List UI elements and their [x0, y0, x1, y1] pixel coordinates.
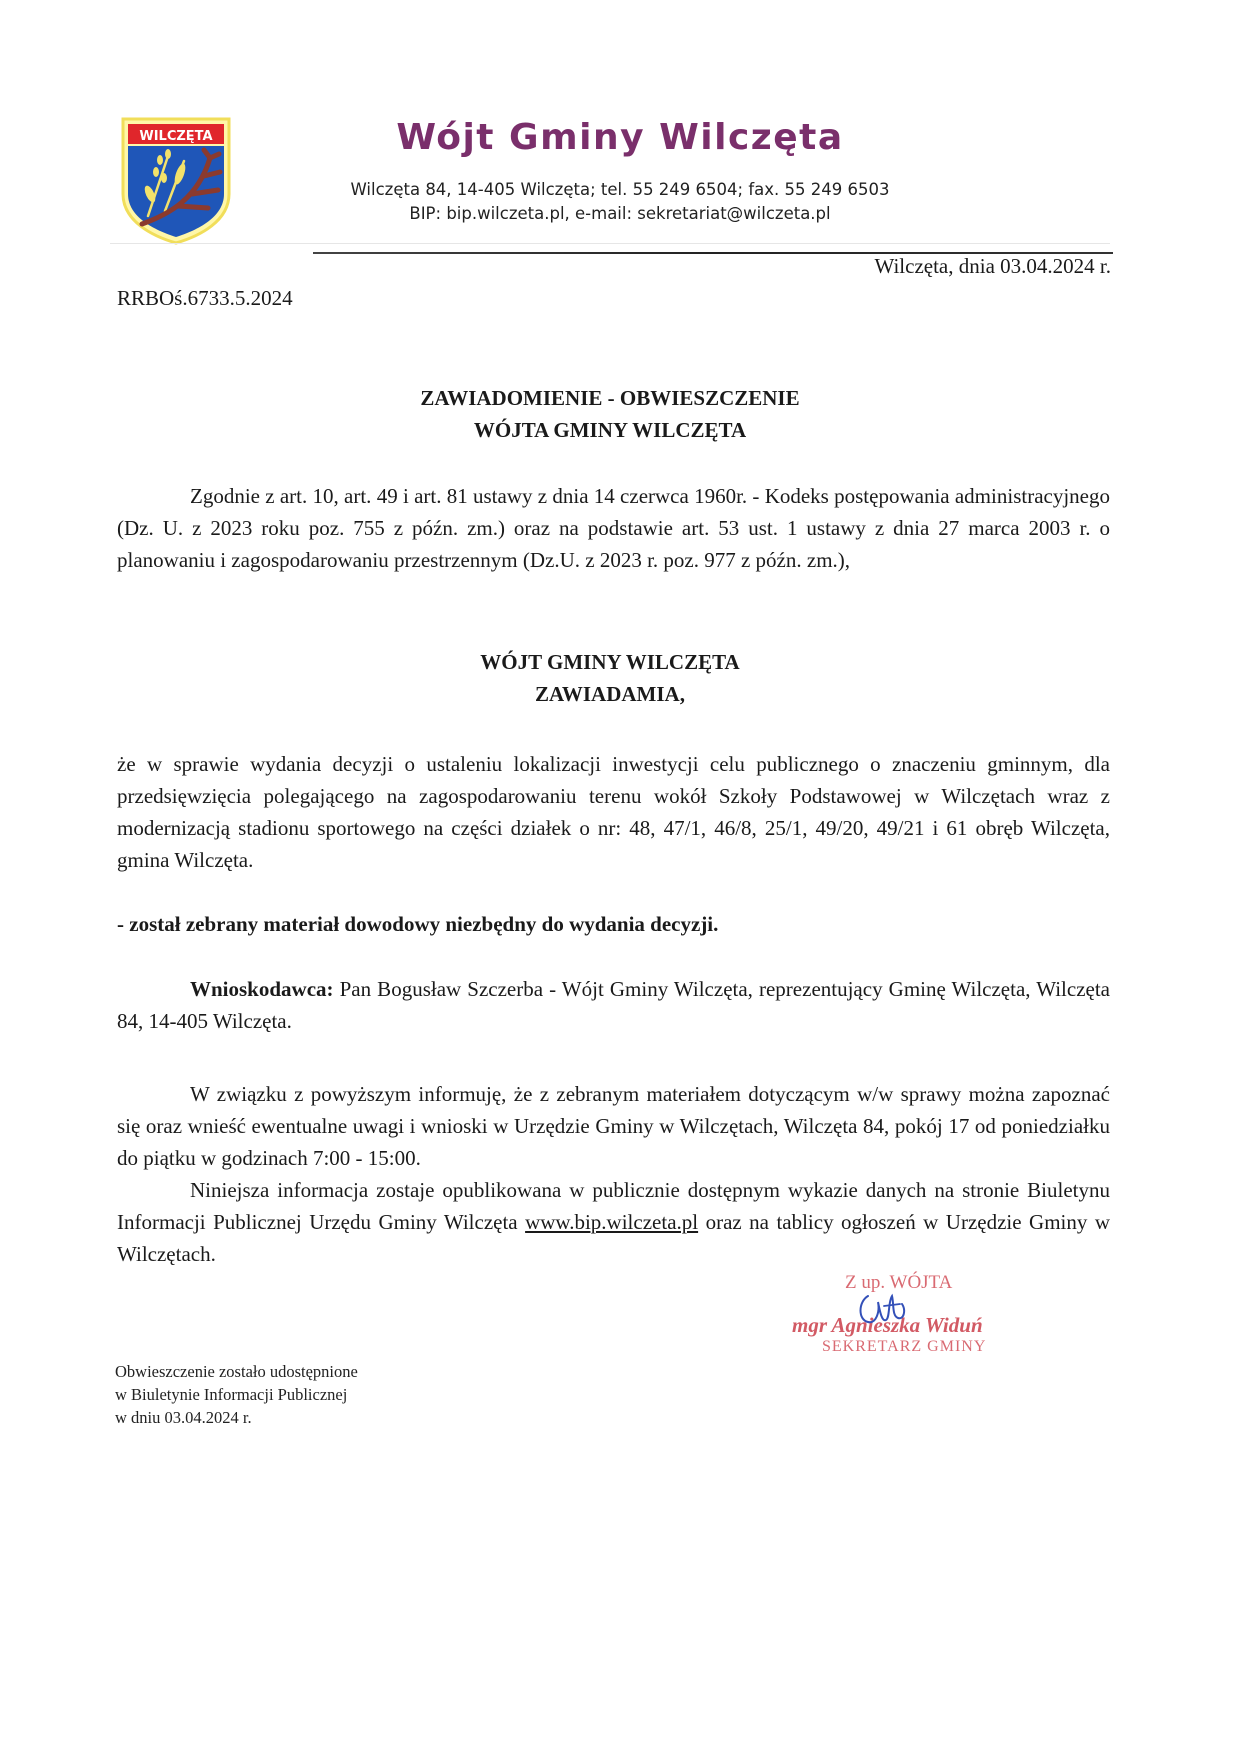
applicant-label: Wnioskodawca: — [190, 977, 334, 1001]
crest-label: WILCZĘTA — [139, 129, 212, 144]
announcement-line-2: ZAWIADAMIA, — [110, 678, 1110, 710]
case-number: RRBOś.6733.5.2024 — [117, 286, 293, 311]
notice-body-paragraph: że w sprawie wydania decyzji o ustaleniu… — [117, 748, 1110, 876]
title-line-1: ZAWIADOMIENIE - OBWIESZCZENIE — [110, 382, 1110, 414]
footer-note-line-2: w Biuletynie Informacji Publicznej — [115, 1383, 358, 1406]
footer-note-line-1: Obwieszczenie zostało udostępnione — [115, 1360, 358, 1383]
stamp-signatory-role: SEKRETARZ GMINY — [822, 1338, 986, 1356]
consultation-info-paragraph: W związku z powyższym informuję, że z ze… — [117, 1078, 1110, 1174]
announcement-heading: WÓJT GMINY WILCZĘTA ZAWIADAMIA, — [110, 646, 1110, 710]
coat-of-arms-logo: WILCZĘTA — [120, 116, 232, 246]
bip-email-line: BIP: bip.wilczeta.pl, e-mail: sekretaria… — [300, 202, 940, 226]
publication-info-paragraph: Niniejsza informacja zostaje opublikowan… — [117, 1174, 1110, 1270]
handwritten-signature — [850, 1282, 920, 1332]
applicant-paragraph: Wnioskodawca: Pan Bogusław Szczerba - Wó… — [117, 973, 1110, 1037]
announcement-line-1: WÓJT GMINY WILCZĘTA — [110, 646, 1110, 678]
header-divider-faint — [110, 243, 1110, 244]
bip-link[interactable]: www.bip.wilczeta.pl — [525, 1210, 698, 1234]
document-title: ZAWIADOMIENIE - OBWIESZCZENIE WÓJTA GMIN… — [110, 382, 1110, 446]
organization-title: Wójt Gminy Wilczęta — [300, 117, 940, 158]
footer-note-line-3: w dniu 03.04.2024 r. — [115, 1406, 358, 1429]
evidence-statement: - został zebrany materiał dowodowy niezb… — [117, 908, 1110, 940]
organization-contact: Wilczęta 84, 14-405 Wilczęta; tel. 55 24… — [300, 178, 940, 226]
document-date: Wilczęta, dnia 03.04.2024 r. — [874, 254, 1111, 279]
bip-publication-note: Obwieszczenie zostało udostępnione w Biu… — [115, 1360, 358, 1429]
address-line: Wilczęta 84, 14-405 Wilczęta; tel. 55 24… — [300, 178, 940, 202]
legal-basis-paragraph: Zgodnie z art. 10, art. 49 i art. 81 ust… — [117, 480, 1110, 576]
title-line-2: WÓJTA GMINY WILCZĘTA — [110, 414, 1110, 446]
